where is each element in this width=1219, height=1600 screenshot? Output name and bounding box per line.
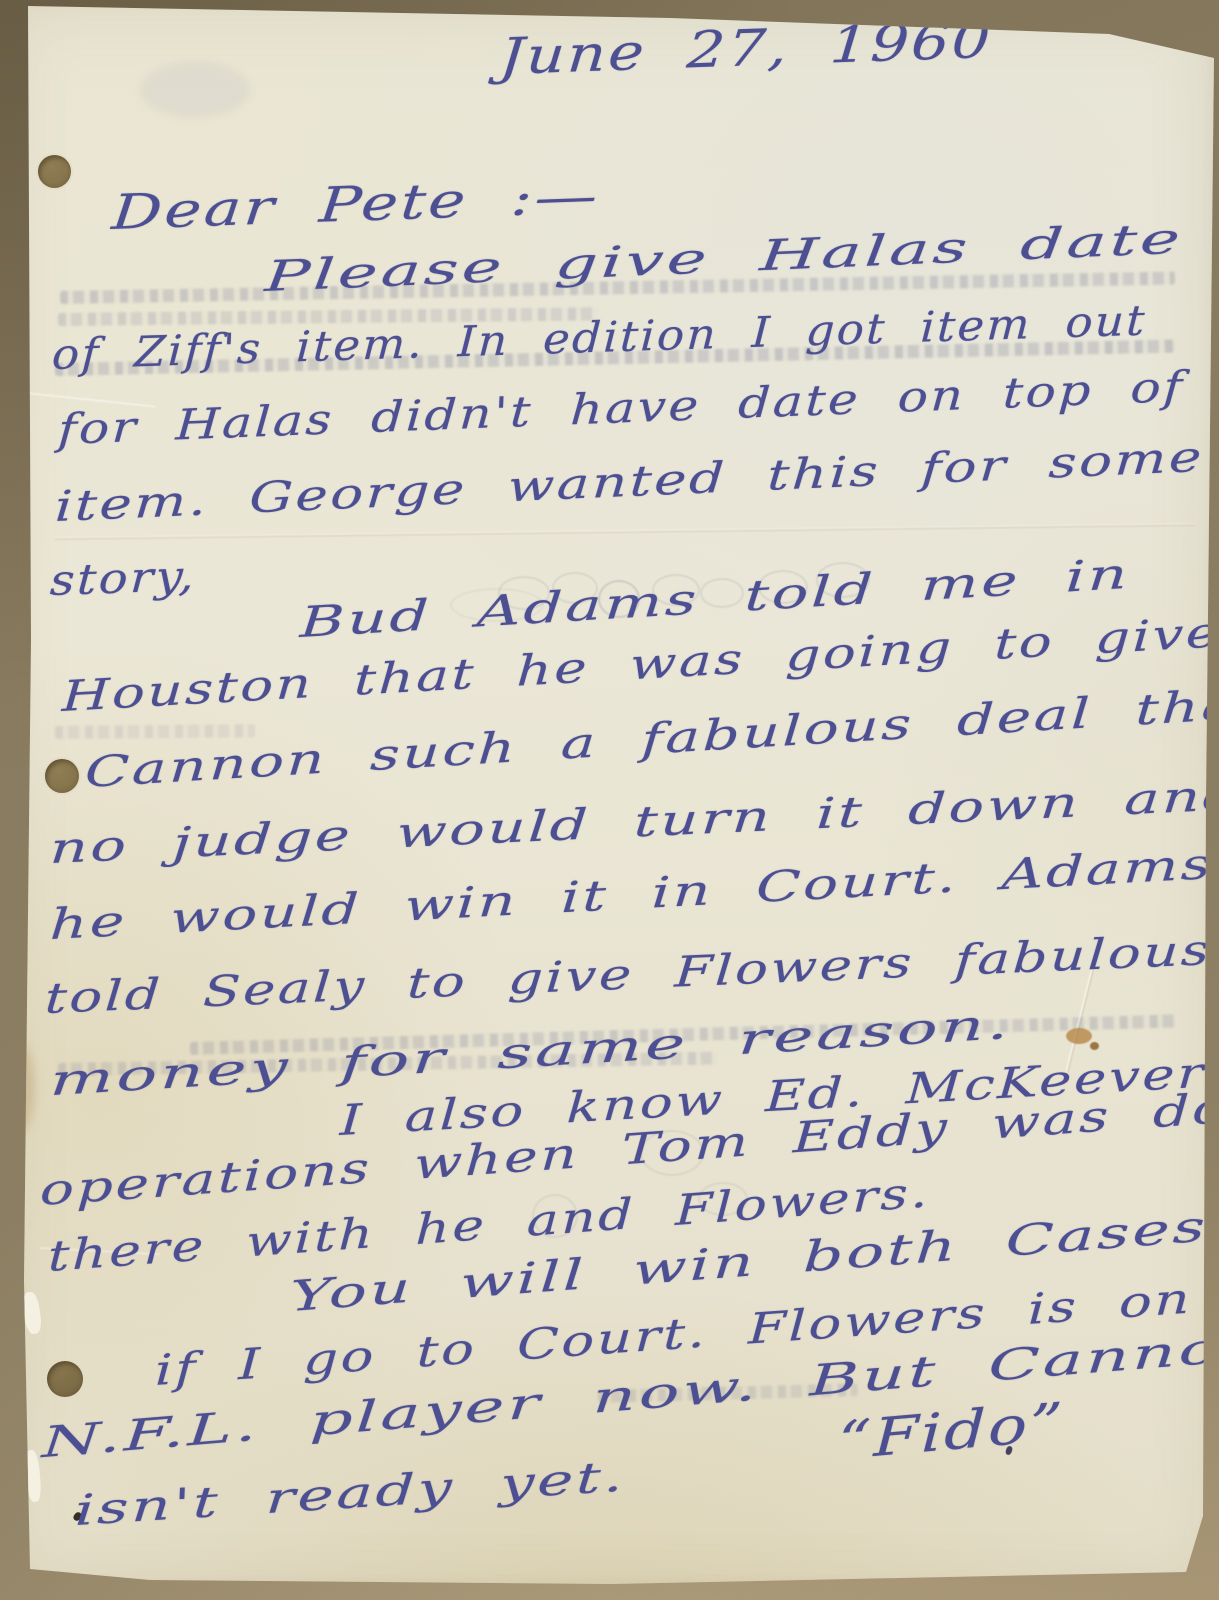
punch-hole [38,155,71,188]
letter-signature: “Fido” [837,1392,1066,1472]
punch-hole [45,759,79,793]
stain [1066,1028,1092,1044]
handwriting-line: of Ziff's item. In edition I got item ou… [51,296,1148,379]
letter-salutation: Dear Pete :— [110,168,602,241]
punch-hole [47,1361,83,1397]
paper-crease [55,523,1195,540]
scanned-letter-scene: June 27, 1960 Dear Pete :— Please give H… [0,0,1219,1600]
handwriting-line: isn't ready yet. [74,1451,627,1535]
stain [140,62,250,117]
letter-paper: June 27, 1960 Dear Pete :— Please give H… [0,0,1219,1600]
handwriting-line: story, [49,551,198,605]
stain [1090,1042,1099,1050]
typewriter-showthrough [55,724,255,739]
